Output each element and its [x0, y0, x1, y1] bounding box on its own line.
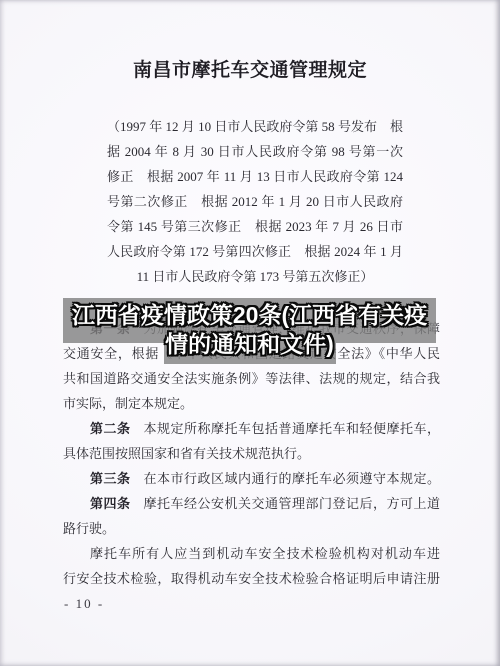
amendment-line: 据 2004 年 8 月 30 日市人民政府令第 98 号第一次: [107, 139, 403, 164]
body-line-text: 摩托车所有人应当到机动车安全技术检验机构对机动车进: [90, 546, 440, 561]
page-number: - 10 -: [64, 596, 104, 612]
amendment-line: 号第二次修正 根据 2012 年 1 月 20 日市人民政府: [107, 189, 403, 214]
document-title: 南昌市摩托车交通管理规定: [0, 58, 500, 84]
body-line-text: 摩托车经公安机关交通管理部门登记后，方可上道: [144, 496, 440, 511]
amendment-line: 11 日市人民政府令第 173 号第五次修正）: [107, 264, 403, 289]
amendment-line: 人民政府令第 172 号第四次修正 根据 2024 年 1 月: [107, 239, 403, 264]
body-line-text: 具体范围按照国家和省有关技术规范执行。: [63, 446, 310, 461]
body-line: 第二条本规定所称摩托车包括普通摩托车和轻便摩托车，: [63, 416, 440, 441]
body-line-text: 路行驶。: [63, 521, 115, 536]
article-label: 第四条: [90, 496, 131, 511]
body-line: 路行驶。: [63, 516, 440, 541]
body-line-text: 市实际，制定本规定。: [63, 396, 193, 411]
amendment-line: 令第 145 号第三次修正 根据 2023 年 7 月 26 日市: [107, 214, 403, 239]
body-line-text: 共和国道路交通安全法实施条例》等法律、法规的规定，结合我: [63, 371, 440, 386]
article-label: 第三条: [90, 471, 131, 486]
body-line: 摩托车所有人应当到机动车安全技术检验机构对机动车进: [63, 541, 440, 566]
scanned-document-page: 南昌市摩托车交通管理规定 （1997 年 12 月 10 日市人民政府令第 58…: [0, 0, 500, 666]
amendment-line: （1997 年 12 月 10 日市人民政府令第 58 号发布 根: [107, 114, 403, 139]
article-label: 第二条: [90, 421, 131, 436]
amendment-history-block: （1997 年 12 月 10 日市人民政府令第 58 号发布 根 据 2004…: [107, 114, 403, 289]
body-line: 第三条在本市行政区域内通行的摩托车必须遵守本规定。: [63, 466, 440, 491]
watermark-title-line1: 江西省疫情政策20条(江西省有关疫: [63, 302, 436, 329]
watermark-title-line2: 情的通知和文件): [63, 331, 436, 358]
body-line: 第四条摩托车经公安机关交通管理部门登记后，方可上道: [63, 491, 440, 516]
body-line: 共和国道路交通安全法实施条例》等法律、法规的规定，结合我: [63, 366, 440, 391]
body-line-text: 本规定所称摩托车包括普通摩托车和轻便摩托车，: [144, 421, 440, 436]
body-line-text: 行安全技术检验，取得机动车安全技术检验合格证明后申请注册: [63, 571, 440, 586]
body-line-text: 在本市行政区域内通行的摩托车必须遵守本规定。: [144, 471, 440, 486]
body-line: 市实际，制定本规定。: [63, 391, 440, 416]
body-line: 具体范围按照国家和省有关技术规范执行。: [63, 441, 440, 466]
body-line: 行安全技术检验，取得机动车安全技术检验合格证明后申请注册: [63, 566, 440, 591]
amendment-line: 修正 根据 2007 年 11 月 13 日市人民政府令第 124: [107, 164, 403, 189]
